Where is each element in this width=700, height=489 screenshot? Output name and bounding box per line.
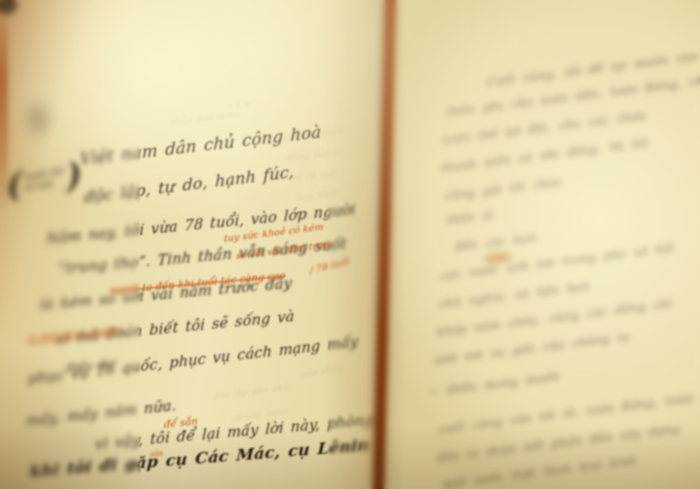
margin-note-open-paren: (	[6, 167, 24, 204]
photo-open-notebook: * * *khắp mọi miềnchủ của nướcđồng bào t…	[0, 0, 700, 489]
red-ink-annotation: sẵn	[150, 449, 164, 459]
ink-smudge	[16, 90, 60, 148]
